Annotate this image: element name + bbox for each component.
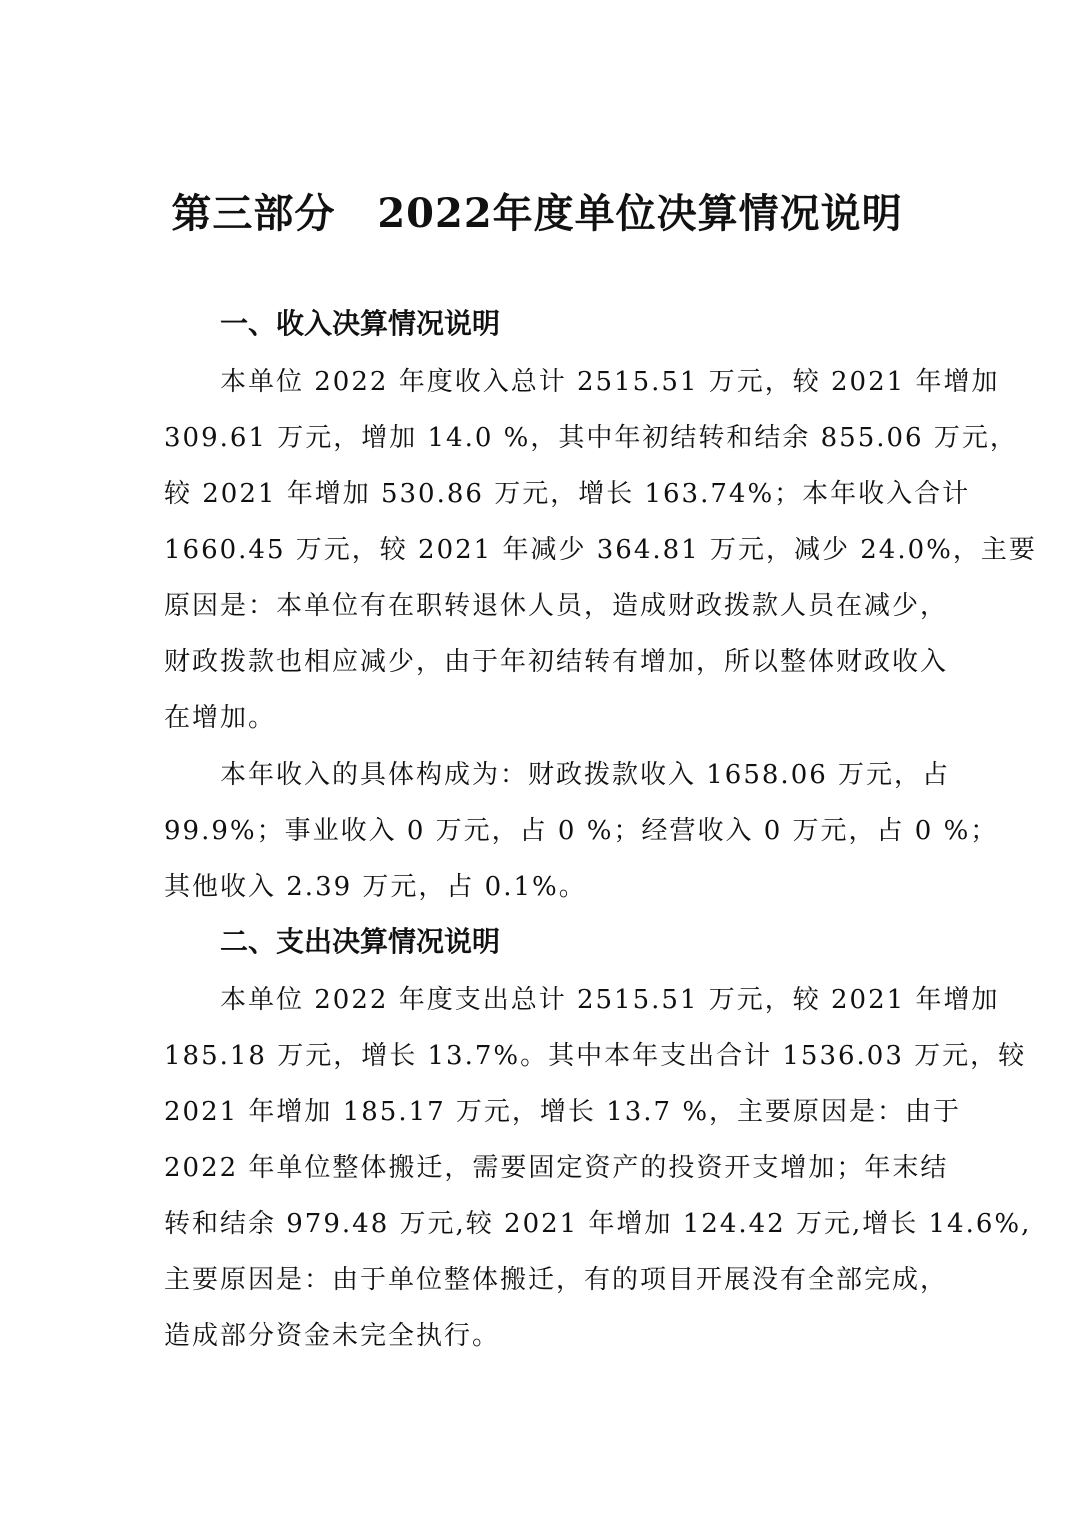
paragraph-line: 其他收入 2.39 万元，占 0.1%。 [164,867,914,907]
title-main: 2022年度单位决算情况说明 [377,190,902,237]
section-heading-expenditure: 二、支出决算情况说明 [220,922,500,962]
paragraph-line: 本年收入的具体构成为：财政拨款收入 1658.06 万元，占 [220,755,914,795]
paragraph-line: 本单位 2022 年度支出总计 2515.51 万元，较 2021 年增加 [220,980,914,1020]
paragraph-line: 2022 年单位整体搬迁，需要固定资产的投资开支增加；年末结 [164,1148,914,1188]
paragraph-line: 309.61 万元，增加 14.0 %，其中年初结转和结余 855.06 万元， [164,418,914,458]
title-part: 第三部分 [171,190,335,237]
paragraph-line: 较 2021 年增加 530.86 万元，增长 163.74%；本年收入合计 [164,474,914,514]
paragraph-line: 造成部分资金未完全执行。 [164,1316,914,1356]
section-heading-income: 一、收入决算情况说明 [220,304,500,344]
paragraph-line: 1660.45 万元，较 2021 年减少 364.81 万元，减少 24.0%… [164,530,914,570]
paragraph-line: 原因是：本单位有在职转退休人员，造成财政拨款人员在减少， [164,586,914,626]
paragraph-line: 转和结余 979.48 万元,较 2021 年增加 124.42 万元,增长 1… [164,1204,914,1244]
paragraph-line: 99.9%；事业收入 0 万元，占 0 %；经营收入 0 万元，占 0 %； [164,811,914,851]
page-title: 第三部分2022年度单位决算情况说明 [0,188,1074,240]
paragraph-line: 在增加。 [164,698,914,738]
paragraph-line: 主要原因是：由于单位整体搬迁，有的项目开展没有全部完成， [164,1260,914,1300]
paragraph-line: 185.18 万元，增长 13.7%。其中本年支出合计 1536.03 万元，较 [164,1036,914,1076]
paragraph-line: 2021 年增加 185.17 万元，增长 13.7 %，主要原因是：由于 [164,1092,914,1132]
paragraph-line: 本单位 2022 年度收入总计 2515.51 万元，较 2021 年增加 [220,362,914,402]
document-page: 第三部分2022年度单位决算情况说明 一、收入决算情况说明 本单位 2022 年… [0,0,1074,1520]
paragraph-line: 财政拨款也相应减少，由于年初结转有增加，所以整体财政收入 [164,642,914,682]
